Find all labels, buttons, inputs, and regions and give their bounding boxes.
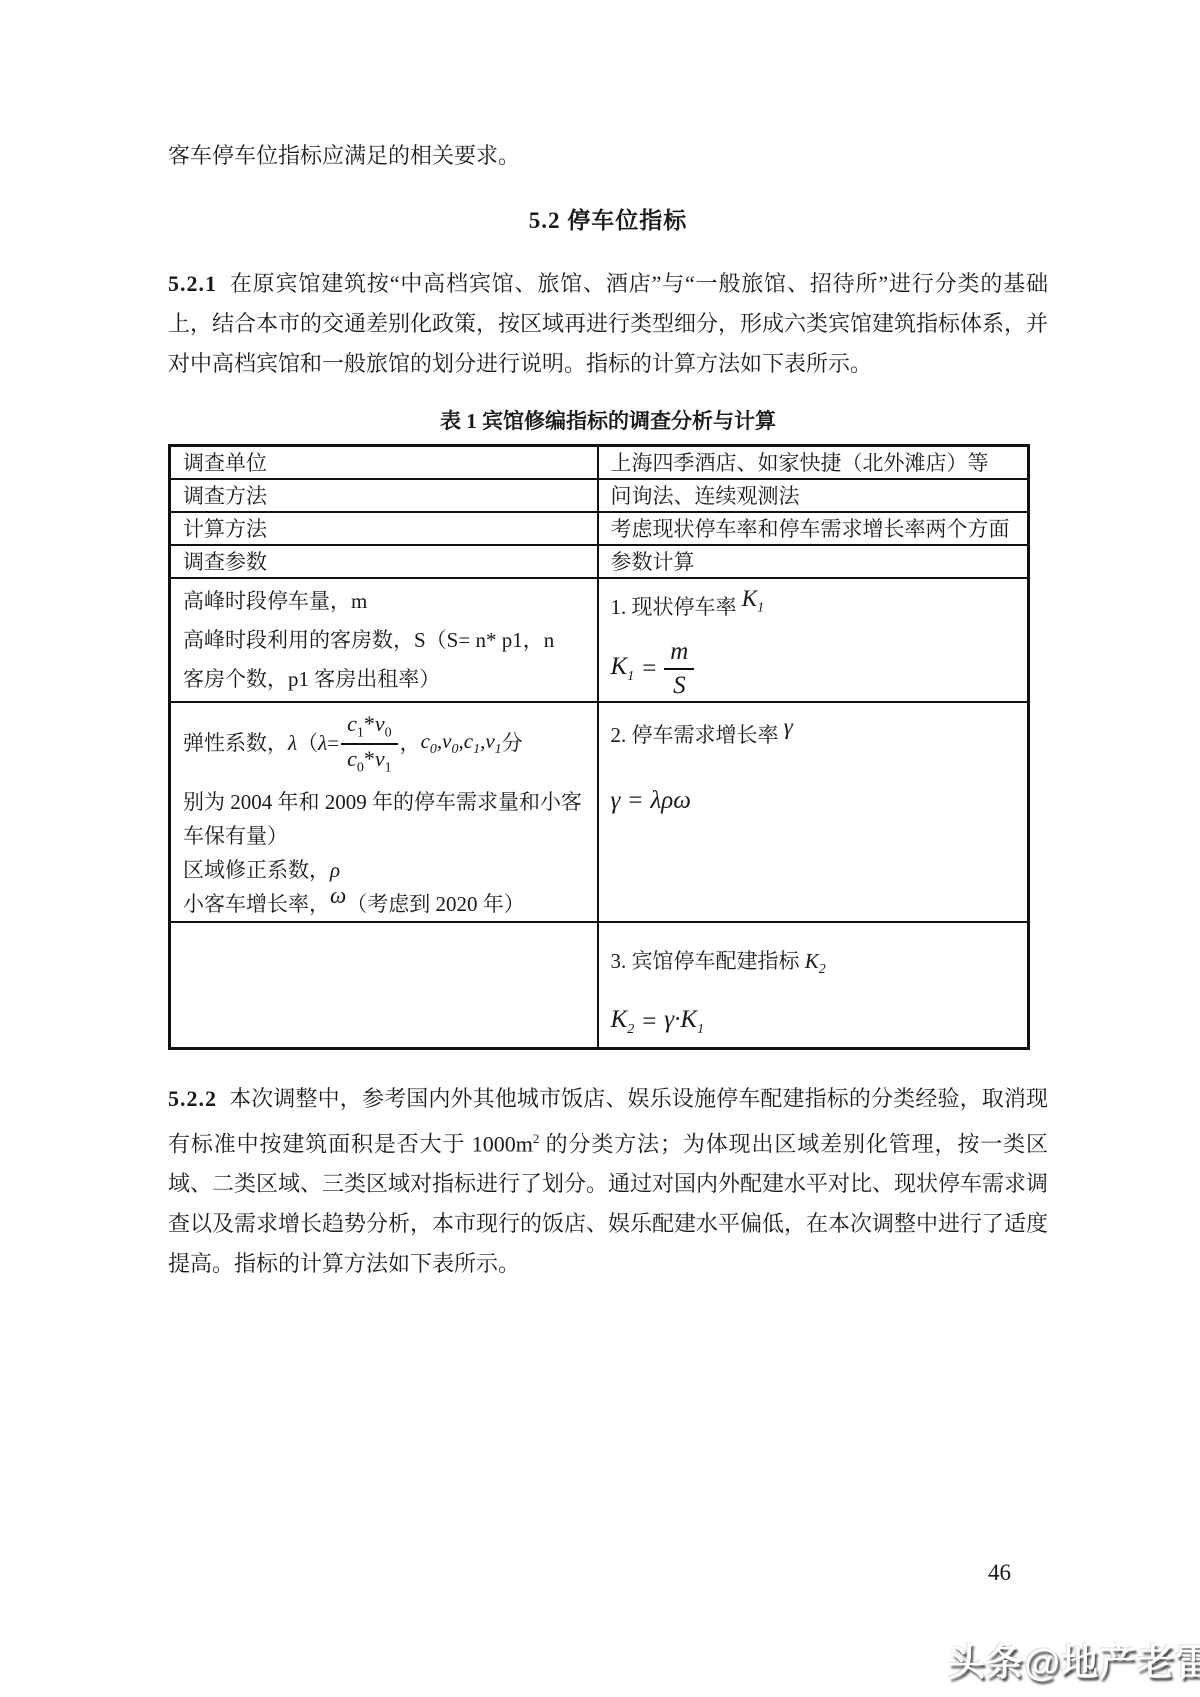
survey-table: 调查单位 上海四季酒店、如家快捷（北外滩店）等 调查方法 问询法、连续观测法 计…: [168, 444, 1030, 1050]
var-v: v: [375, 746, 385, 771]
rhs-lambda-rho-omega: λρω: [650, 787, 690, 815]
k2-title: 3. 宾馆停车配建指标 K2: [611, 923, 1020, 978]
equals-sign: =: [642, 1008, 656, 1036]
document-page: 客车停车位指标应满足的相关要求。 5.2 停车位指标 5.2.1在原宾馆建筑按“…: [0, 0, 1200, 1697]
paragraph-522: 5.2.2本次调整中，参考国内外其他城市饭店、娱乐设施停车配建指标的分类经验，取…: [168, 1079, 1048, 1284]
var-omega: ω: [330, 883, 346, 908]
suffix-fen: 分: [502, 731, 523, 756]
paragraph-522-number: 5.2.2: [168, 1086, 217, 1111]
elasticity-line: 弹性系数， λ （ λ = c1*v0 c0*v1 ， c0,v0,c1,v1 …: [183, 703, 589, 785]
omega-symbol: ω: [330, 883, 346, 908]
var-v: v: [485, 729, 494, 753]
var-c: c: [421, 729, 430, 753]
lhs-K2: K2: [611, 1006, 635, 1038]
gamma-equation: γ = λρω: [611, 787, 1020, 815]
comma: ，: [400, 731, 421, 756]
var-K: K: [611, 653, 628, 680]
sub-1: 1: [357, 725, 364, 740]
cell-label: 调查方法: [170, 479, 598, 512]
paragraph-521-number: 5.2.1: [168, 271, 217, 296]
table-row-gamma: 弹性系数， λ （ λ = c1*v0 c0*v1 ， c0,v0,c1,v1 …: [170, 702, 1029, 922]
line-rho: 区域修正系数，ρ: [183, 853, 589, 887]
sub-0: 0: [430, 742, 437, 757]
fraction-denominator: S: [664, 670, 694, 700]
sub-1: 1: [495, 742, 502, 757]
line-peak-volume: 高峰时段停车量，m: [183, 582, 589, 621]
var-v: v: [375, 711, 385, 736]
line-years: 别为 2004 年和 2009 年的停车需求量和小客: [183, 785, 589, 819]
cell-value: 考虑现状停车率和停车需求增长率两个方面: [598, 512, 1029, 545]
peak-parking-lines: 高峰时段停车量，m 高峰时段利用的客房数，S（S= n* p1，n 客房个数，p…: [183, 579, 589, 699]
fraction-m-over-S: m S: [664, 638, 694, 699]
var-lambda: λ: [318, 731, 327, 755]
rho-symbol: ρ: [330, 858, 340, 882]
var-v: v: [442, 729, 451, 753]
line-omega: 小客车增长率，ω（考虑到 2020 年）: [183, 887, 589, 921]
table-row-survey-unit: 调查单位 上海四季酒店、如家快捷（北外滩店）等: [170, 446, 1029, 479]
intro-paragraph: 客车停车位指标应满足的相关要求。: [168, 143, 1048, 169]
cell-value: 参数计算: [598, 545, 1029, 578]
star-operator: *: [364, 746, 375, 771]
table-row-k2: 3. 宾馆停车配建指标 K2 K2 = γ·K1: [170, 922, 1029, 1049]
elasticity-label: 弹性系数，: [183, 731, 288, 756]
equals-sign: =: [642, 655, 656, 683]
equals-sign: =: [628, 787, 642, 815]
k1-symbol: K1: [742, 586, 764, 611]
gamma-title-text: 2. 停车需求增长率: [611, 723, 779, 747]
omega-label: 小客车增长率，: [183, 892, 330, 916]
var-gamma: γ: [611, 787, 621, 815]
var-K: K: [742, 586, 757, 611]
table-row-survey-method: 调查方法 问询法、连续观测法: [170, 479, 1029, 512]
open-paren: （: [297, 731, 318, 756]
sub-1: 1: [757, 600, 764, 615]
var-lambda: λ: [288, 731, 297, 755]
line-occupancy: 客房个数，p1 客房出租率）: [183, 660, 589, 699]
var-K: K: [805, 949, 819, 973]
rhs-gamma-K1: γ·K1: [664, 1006, 704, 1038]
gamma-title: 2. 停车需求增长率 γ: [611, 703, 1020, 749]
sub-1: 1: [385, 760, 392, 775]
sub-1: 1: [627, 669, 634, 684]
table-row-survey-params: 调查参数 参数计算: [170, 545, 1029, 578]
cell-gamma-formula: 2. 停车需求增长率 γ γ = λρω: [598, 702, 1029, 922]
line-rooms-used: 高峰时段利用的客房数，S（S= n* p1，n: [183, 621, 589, 660]
var-S: S: [673, 672, 686, 699]
cell-k1-formula: 1. 现状停车率 K1 K1 = m S: [598, 578, 1029, 702]
var-K: K: [611, 1006, 628, 1033]
sub-0: 0: [452, 742, 459, 757]
var-c: c: [464, 729, 473, 753]
gamma-symbol: γ: [784, 714, 793, 739]
omega-suffix: （考虑到 2020 年）: [346, 892, 525, 916]
var-K: K: [680, 1006, 697, 1033]
k1-equation: K1 = m S: [611, 638, 1020, 699]
paragraph-521-text: 在原宾馆建筑按“中高档宾馆、旅馆、酒店”与“一般旅馆、招待所”进行分类的基础上，…: [168, 271, 1048, 376]
cell-empty: [170, 922, 598, 1049]
cell-value: 上海四季酒店、如家快捷（北外滩店）等: [598, 446, 1029, 479]
table-row-k1: 高峰时段停车量，m 高峰时段利用的客房数，S（S= n* p1，n 客房个数，p…: [170, 578, 1029, 702]
k2-equation: K2 = γ·K1: [611, 1006, 1020, 1038]
lambda-symbol: λ: [288, 731, 297, 756]
k1-title: 1. 现状停车率 K1: [611, 579, 1020, 625]
table-row-calc-method: 计算方法 考虑现状停车率和停车需求增长率两个方面: [170, 512, 1029, 545]
var-gamma: γ: [664, 1006, 674, 1033]
paragraph-521: 5.2.1在原宾馆建筑按“中高档宾馆、旅馆、酒店”与“一般旅馆、招待所”进行分类…: [168, 264, 1048, 384]
star-operator: *: [364, 711, 375, 736]
cell-label: 调查参数: [170, 545, 598, 578]
table-title: 表 1 宾馆修编指标的调查分析与计算: [168, 405, 1048, 435]
var-rho: ρ: [330, 858, 340, 882]
rho-label: 区域修正系数，: [183, 858, 330, 882]
cell-peak-parking-params: 高峰时段停车量，m 高峰时段利用的客房数，S（S= n* p1，n 客房个数，p…: [170, 578, 598, 702]
lhs-K1: K1: [611, 653, 635, 685]
watermark: 头条@地产老雷: [948, 1632, 1200, 1686]
cell-elasticity-params: 弹性系数， λ （ λ = c1*v0 c0*v1 ， c0,v0,c1,v1 …: [170, 702, 598, 922]
lambda-eq-lhs: λ: [318, 731, 327, 756]
line-ownership: 车保有量）: [183, 819, 589, 853]
var-c: c: [347, 711, 357, 736]
cell-k2-formula: 3. 宾馆停车配建指标 K2 K2 = γ·K1: [598, 922, 1029, 1049]
fraction-numerator: m: [664, 638, 694, 670]
sub-0: 0: [385, 725, 392, 740]
sub-1: 1: [697, 1022, 704, 1037]
lambda-fraction: c1*v0 c0*v1: [341, 712, 398, 776]
var-c: c: [347, 746, 357, 771]
k2-symbol: K2: [805, 949, 826, 973]
page-number: 46: [988, 1560, 1011, 1586]
cell-label: 调查单位: [170, 446, 598, 479]
sub-2: 2: [627, 1022, 634, 1037]
equals-sign: =: [327, 731, 339, 756]
variable-list: c0,v0,c1,v1: [421, 729, 502, 759]
section-heading: 5.2 停车位指标: [168, 202, 1048, 235]
var-m: m: [670, 638, 688, 665]
sub-0: 0: [357, 760, 364, 775]
fraction-denominator: c0*v1: [341, 745, 398, 776]
cell-label: 计算方法: [170, 512, 598, 545]
cell-value: 问询法、连续观测法: [598, 479, 1029, 512]
k1-title-text: 1. 现状停车率: [611, 595, 737, 619]
k2-title-text: 3. 宾馆停车配建指标: [611, 949, 800, 973]
document-content: 客车停车位指标应满足的相关要求。 5.2 停车位指标 5.2.1在原宾馆建筑按“…: [168, 0, 1048, 1284]
var-gamma: γ: [784, 714, 793, 739]
fraction-numerator: c1*v0: [341, 712, 398, 745]
sub-2: 2: [819, 962, 826, 977]
